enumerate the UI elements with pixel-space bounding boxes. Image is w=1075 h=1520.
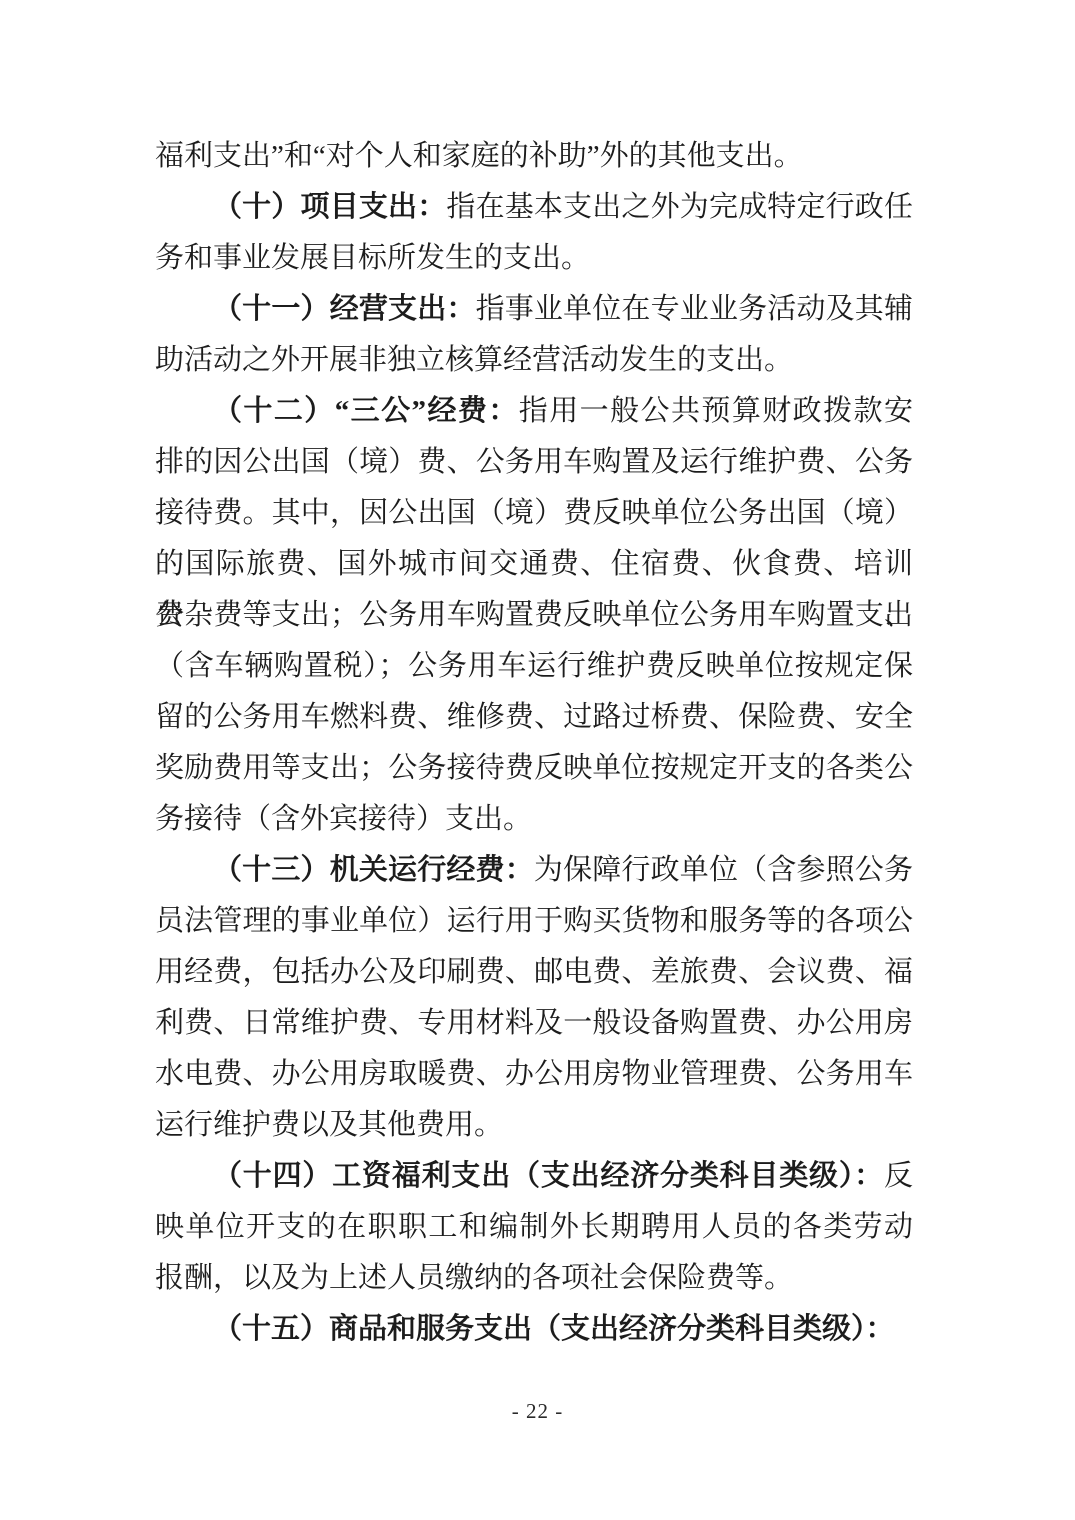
body-text-segment: 务接待（含外宾接待）支出。: [155, 803, 532, 835]
text-line: 务和事业发展目标所发生的支出。: [155, 233, 913, 284]
text-line: 水电费、办公用房取暖费、办公用房物业管理费、公务用车: [155, 1049, 913, 1100]
body-text-segment: 公杂费等支出；公务用车购置费反映单位公务用车购置支出: [155, 599, 913, 631]
body-text-segment: 务和事业发展目标所发生的支出。: [155, 242, 590, 274]
text-line: 映单位开支的在职职工和编制外长期聘用人员的各类劳动: [155, 1202, 913, 1253]
document-page: 福利支出”和“对个人和家庭的补助”外的其他支出。（十）项目支出：指在基本支出之外…: [0, 0, 1075, 1520]
body-text-segment: 为保障行政单位（含参照公务: [534, 854, 913, 886]
body-text-segment: 助活动之外开展非独立核算经营活动发生的支出。: [155, 344, 793, 376]
body-text-segment: 接待费。其中，因公出国（境）费反映单位公务出国（境）: [155, 497, 913, 529]
clause-heading-segment: （十二）“三公”经费：: [213, 395, 519, 427]
text-line: （十四）工资福利支出（支出经济分类科目类级）：反: [155, 1151, 913, 1202]
text-line: （十）项目支出：指在基本支出之外为完成特定行政任: [155, 182, 913, 233]
body-text-segment: 用经费，包括办公及印刷费、邮电费、差旅费、会议费、福: [155, 956, 913, 988]
clause-heading-segment: （十三）机关运行经费：: [213, 854, 534, 886]
body-text-segment: 福利支出”和“对个人和家庭的补助”外的其他支出。: [155, 140, 803, 172]
text-line: 公杂费等支出；公务用车购置费反映单位公务用车购置支出: [155, 590, 913, 641]
body-text-segment: 报酬，以及为上述人员缴纳的各项社会保险费等。: [155, 1262, 793, 1294]
text-line: 务接待（含外宾接待）支出。: [155, 794, 913, 845]
text-line: 利费、日常维护费、专用材料及一般设备购置费、办公用房: [155, 998, 913, 1049]
text-line: 奖励费用等支出；公务接待费反映单位按规定开支的各类公: [155, 743, 913, 794]
body-text-segment: 反: [884, 1160, 913, 1192]
body-text-segment: 指用一般公共预算财政拨款安: [519, 395, 913, 427]
text-line: （十三）机关运行经费：为保障行政单位（含参照公务: [155, 845, 913, 896]
text-line: 用经费，包括办公及印刷费、邮电费、差旅费、会议费、福: [155, 947, 913, 998]
body-text-segment: （含车辆购置税）；公务用车运行维护费反映单位按规定保: [155, 650, 913, 682]
body-text-segment: 运行维护费以及其他费用。: [155, 1109, 503, 1141]
text-line: 的国际旅费、国外城市间交通费、住宿费、伙食费、培训费、: [155, 539, 913, 590]
text-line: 员法管理的事业单位）运行用于购买货物和服务等的各项公: [155, 896, 913, 947]
text-line: 助活动之外开展非独立核算经营活动发生的支出。: [155, 335, 913, 386]
text-line: （十一）经营支出：指事业单位在专业业务活动及其辅: [155, 284, 913, 335]
body-text-segment: 水电费、办公用房取暖费、办公用房物业管理费、公务用车: [155, 1058, 913, 1090]
body-text-segment: 奖励费用等支出；公务接待费反映单位按规定开支的各类公: [155, 752, 913, 784]
text-line: （含车辆购置税）；公务用车运行维护费反映单位按规定保: [155, 641, 913, 692]
text-line: 排的因公出国（境）费、公务用车购置及运行维护费、公务: [155, 437, 913, 488]
clause-heading-segment: （十四）工资福利支出（支出经济分类科目类级）：: [213, 1160, 884, 1192]
body-text-segment: 留的公务用车燃料费、维修费、过路过桥费、保险费、安全: [155, 701, 913, 733]
text-line: 运行维护费以及其他费用。: [155, 1100, 913, 1151]
text-line: 接待费。其中，因公出国（境）费反映单位公务出国（境）: [155, 488, 913, 539]
text-line: 福利支出”和“对个人和家庭的补助”外的其他支出。: [155, 131, 913, 182]
clause-heading-segment: （十）项目支出：: [213, 191, 446, 223]
body-text-segment: 员法管理的事业单位）运行用于购买货物和服务等的各项公: [155, 905, 913, 937]
text-line: 留的公务用车燃料费、维修费、过路过桥费、保险费、安全: [155, 692, 913, 743]
body-text-segment: 指在基本支出之外为完成特定行政任: [446, 191, 913, 223]
body-text-segment: 排的因公出国（境）费、公务用车购置及运行维护费、公务: [155, 446, 913, 478]
document-body: 福利支出”和“对个人和家庭的补助”外的其他支出。（十）项目支出：指在基本支出之外…: [155, 131, 913, 1355]
body-text-segment: 指事业单位在专业业务活动及其辅: [476, 293, 913, 325]
text-line: 报酬，以及为上述人员缴纳的各项社会保险费等。: [155, 1253, 913, 1304]
text-line: （十五）商品和服务支出（支出经济分类科目类级）：: [155, 1304, 913, 1355]
page-number: - 22 -: [0, 1399, 1075, 1424]
clause-heading-segment: （十五）商品和服务支出（支出经济分类科目类级）：: [213, 1313, 895, 1345]
clause-heading-segment: （十一）经营支出：: [213, 293, 476, 325]
body-text-segment: 映单位开支的在职职工和编制外长期聘用人员的各类劳动: [155, 1211, 913, 1243]
body-text-segment: 利费、日常维护费、专用材料及一般设备购置费、办公用房: [155, 1007, 913, 1039]
text-line: （十二）“三公”经费：指用一般公共预算财政拨款安: [155, 386, 913, 437]
